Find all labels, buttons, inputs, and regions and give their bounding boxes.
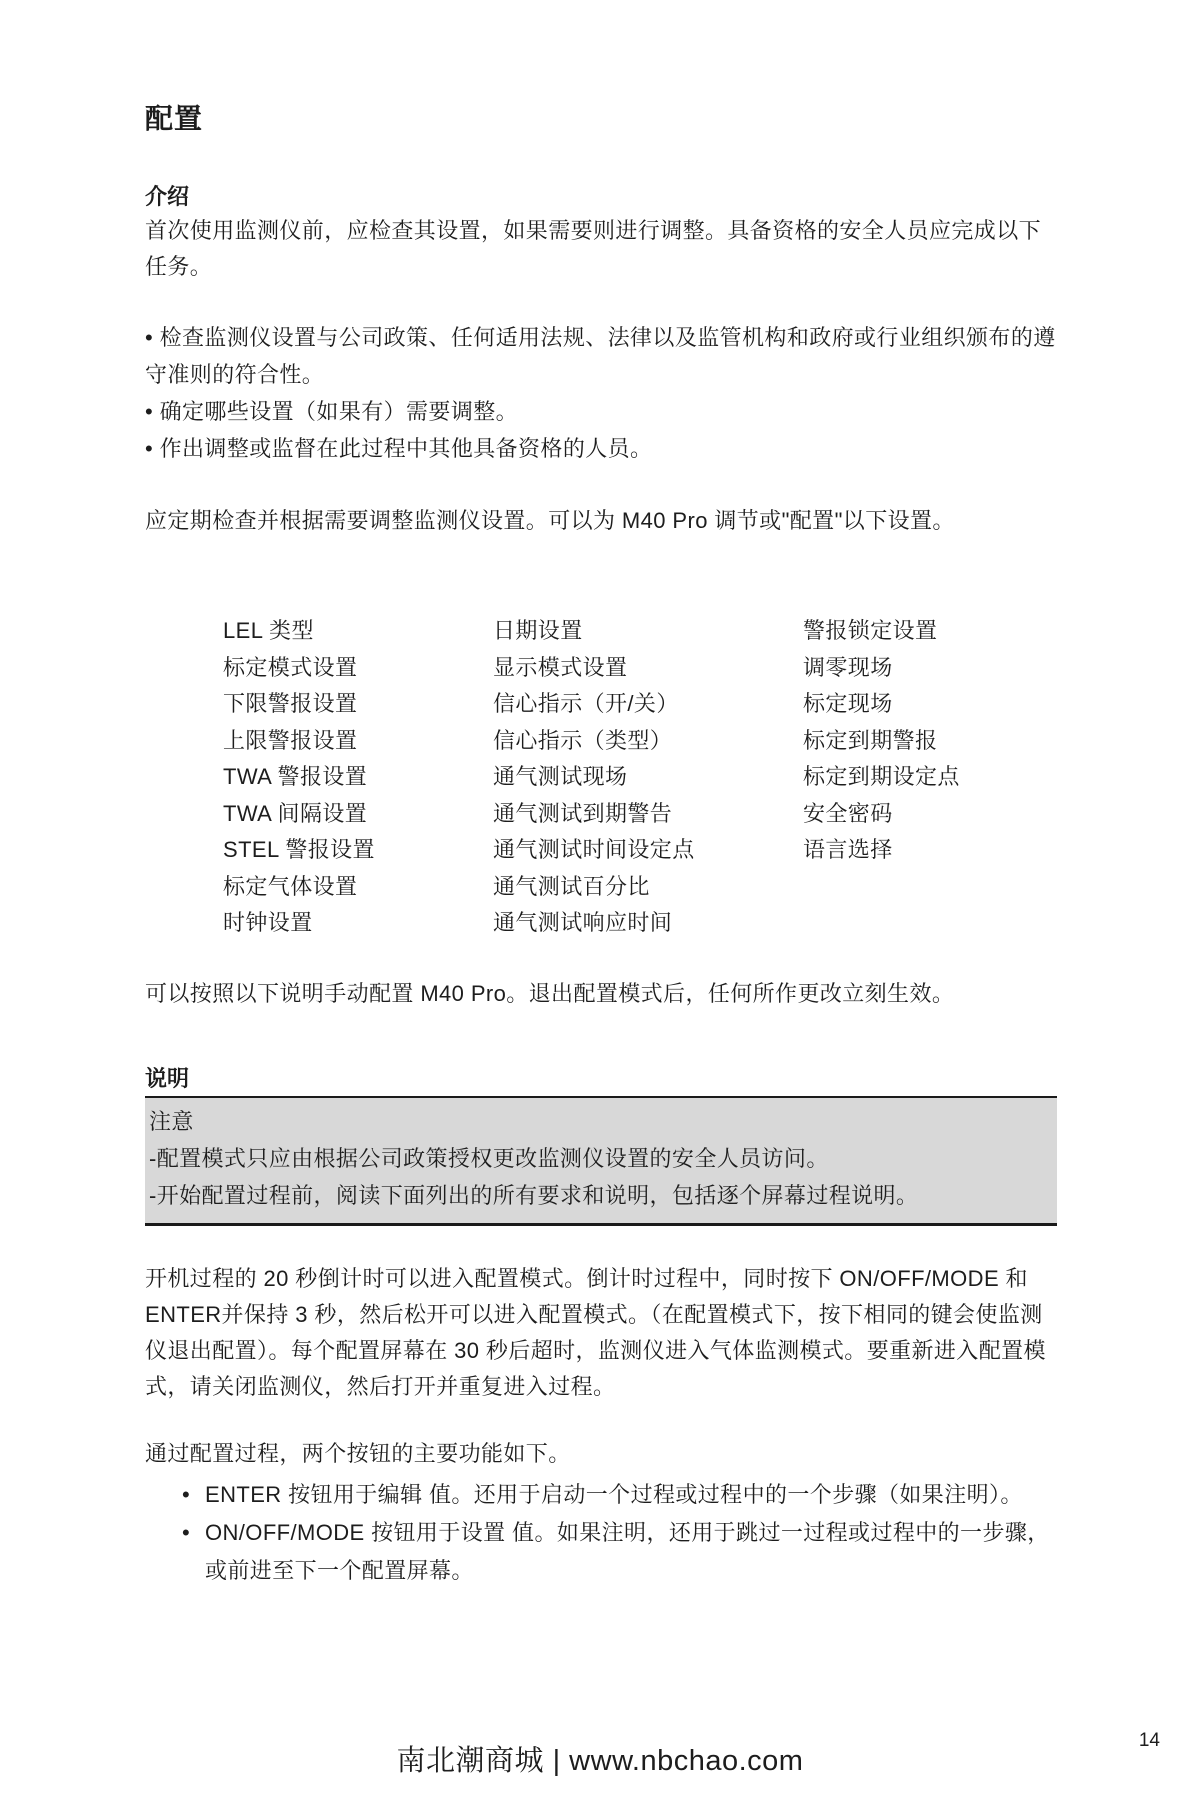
table-cell: 日期设置 xyxy=(493,613,803,650)
table-cell: LEL 类型 xyxy=(223,613,493,650)
settings-column-1: LEL 类型 标定模式设置 下限警报设置 上限警报设置 TWA 警报设置 TWA… xyxy=(223,613,493,942)
list-item: • 作出调整或监督在此过程中其他具备资格的人员。 xyxy=(145,430,1057,467)
table-cell: 警报锁定设置 xyxy=(803,613,1057,650)
table-cell: 调零现场 xyxy=(803,650,1057,687)
table-cell: 安全密码 xyxy=(803,796,1057,833)
page-title: 配置 xyxy=(145,104,1057,135)
table-cell: TWA 间隔设置 xyxy=(223,796,493,833)
config-entry-paragraph: 开机过程的 20 秒倒计时可以进入配置模式。倒计时过程中，同时按下 ON/OFF… xyxy=(145,1261,1057,1405)
table-cell: 语言选择 xyxy=(803,832,1057,869)
table-cell: 时钟设置 xyxy=(223,905,493,942)
intro-heading: 介绍 xyxy=(145,184,1057,210)
list-item: ON/OFF/MODE 按钮用于设置 值。如果注明，还用于跳过一过程或过程中的一… xyxy=(182,1514,1057,1590)
note-heading: 说明 xyxy=(145,1066,1057,1092)
table-cell: 信心指示（开/关） xyxy=(493,686,803,723)
bullet-icon xyxy=(182,1476,205,1514)
table-cell: 显示模式设置 xyxy=(493,650,803,687)
periodic-check-paragraph: 应定期检查并根据需要调整监测仪设置。可以为 M40 Pro 调节或"配置"以下设… xyxy=(145,503,1057,539)
table-cell: STEL 警报设置 xyxy=(223,832,493,869)
table-cell: 上限警报设置 xyxy=(223,723,493,760)
table-cell: 通气测试到期警告 xyxy=(493,796,803,833)
note-title: 注意 xyxy=(149,1103,1043,1140)
table-cell: 通气测试百分比 xyxy=(493,869,803,906)
intro-paragraph: 首次使用监测仪前，应检查其设置，如果需要则进行调整。具备资格的安全人员应完成以下… xyxy=(145,213,1057,285)
table-cell: 信心指示（类型） xyxy=(493,723,803,760)
footer-text: 南北潮商城 | www.nbchao.com xyxy=(0,1738,1200,1779)
settings-column-2: 日期设置 显示模式设置 信心指示（开/关） 信心指示（类型） 通气测试现场 通气… xyxy=(493,613,803,942)
note-line: -开始配置过程前，阅读下面列出的所有要求和说明，包括逐个屏幕过程说明。 xyxy=(149,1177,1043,1214)
settings-table: LEL 类型 标定模式设置 下限警报设置 上限警报设置 TWA 警报设置 TWA… xyxy=(223,613,1057,942)
table-cell: 标定气体设置 xyxy=(223,869,493,906)
manual-config-paragraph: 可以按照以下说明手动配置 M40 Pro。退出配置模式后，任何所作更改立刻生效。 xyxy=(145,976,1057,1012)
table-cell: 通气测试响应时间 xyxy=(493,905,803,942)
list-item: • 检查监测仪设置与公司政策、任何适用法规、法律以及监管机构和政府或行业组织颁布… xyxy=(145,319,1057,393)
table-cell: TWA 警报设置 xyxy=(223,759,493,796)
intro-bullet-list: • 检查监测仪设置与公司政策、任何适用法规、法律以及监管机构和政府或行业组织颁布… xyxy=(145,319,1057,467)
note-line: -配置模式只应由根据公司政策授权更改监测仪设置的安全人员访问。 xyxy=(149,1140,1043,1177)
manual-page: 配置 介绍 首次使用监测仪前，应检查其设置，如果需要则进行调整。具备资格的安全人… xyxy=(0,0,1200,1800)
table-cell: 下限警报设置 xyxy=(223,686,493,723)
bullet-icon xyxy=(182,1514,205,1590)
table-cell: 标定到期警报 xyxy=(803,723,1057,760)
table-cell: 标定到期设定点 xyxy=(803,759,1057,796)
button-function-list: ENTER 按钮用于编辑 值。还用于启动一个过程或过程中的一个步骤（如果注明）。… xyxy=(145,1476,1057,1590)
buttons-intro-paragraph: 通过配置过程，两个按钮的主要功能如下。 xyxy=(145,1436,1057,1472)
settings-column-3: 警报锁定设置 调零现场 标定现场 标定到期警报 标定到期设定点 安全密码 语言选… xyxy=(803,613,1057,942)
list-item-text: ENTER 按钮用于编辑 值。还用于启动一个过程或过程中的一个步骤（如果注明）。 xyxy=(205,1476,1057,1514)
table-cell: 通气测试现场 xyxy=(493,759,803,796)
page-number: 14 xyxy=(1139,1730,1160,1752)
table-cell: 标定现场 xyxy=(803,686,1057,723)
list-item-text: ON/OFF/MODE 按钮用于设置 值。如果注明，还用于跳过一过程或过程中的一… xyxy=(205,1514,1057,1590)
list-item: • 确定哪些设置（如果有）需要调整。 xyxy=(145,393,1057,430)
table-cell: 标定模式设置 xyxy=(223,650,493,687)
note-box: 注意 -配置模式只应由根据公司政策授权更改监测仪设置的安全人员访问。 -开始配置… xyxy=(145,1096,1057,1226)
list-item: ENTER 按钮用于编辑 值。还用于启动一个过程或过程中的一个步骤（如果注明）。 xyxy=(182,1476,1057,1514)
table-cell: 通气测试时间设定点 xyxy=(493,832,803,869)
